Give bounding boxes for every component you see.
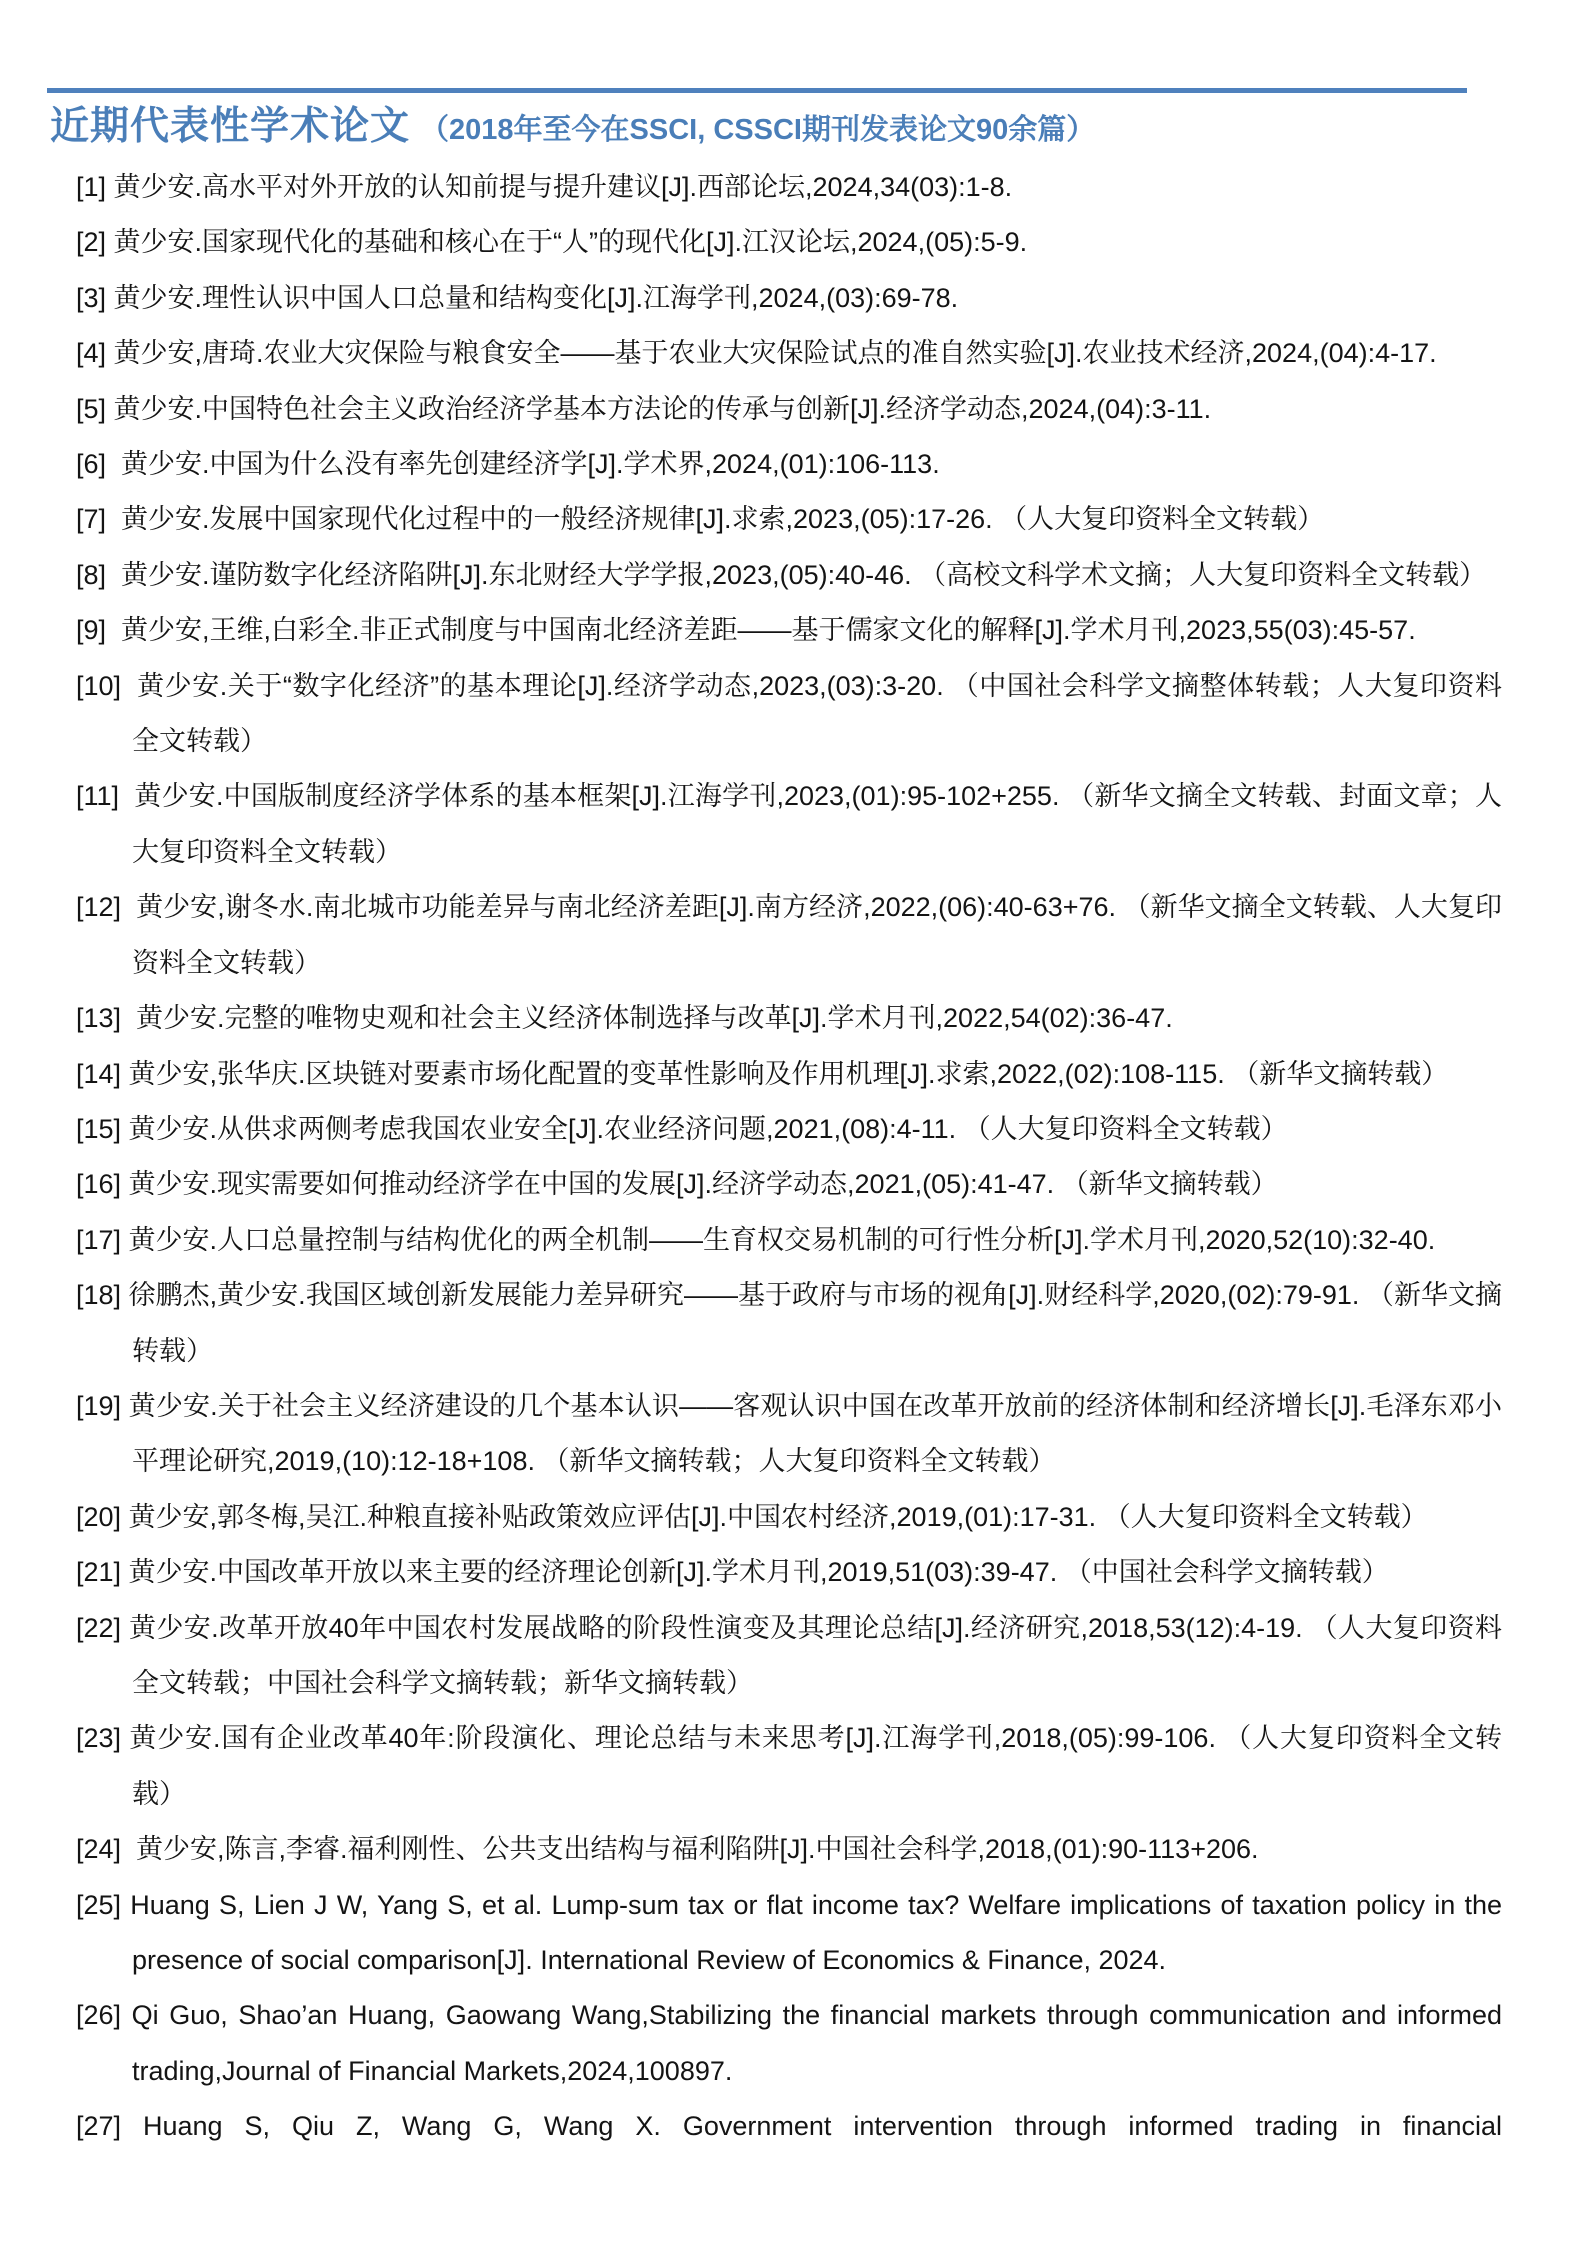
reference-item-25: [25] Huang S, Lien J W, Yang S, et al. L…: [76, 1878, 1502, 1989]
reference-item-11: [11] 黄少安.中国版制度经济学体系的基本框架[J].江海学刊,2023,(0…: [76, 769, 1502, 880]
reference-item-4: [4] 黄少安,唐琦.农业大灾保险与粮食安全——基于农业大灾保险试点的准自然实验…: [76, 326, 1502, 381]
reference-item-20: [20] 黄少安,郭冬梅,吴江.种粮直接补贴政策效应评估[J].中国农村经济,2…: [76, 1490, 1502, 1545]
reference-item-5: [5] 黄少安.中国特色社会主义政治经济学基本方法论的传承与创新[J].经济学动…: [76, 382, 1502, 437]
reference-list: [1] 黄少安.高水平对外开放的认知前提与提升建议[J].西部论坛,2024,3…: [76, 160, 1502, 2155]
reference-item-1: [1] 黄少安.高水平对外开放的认知前提与提升建议[J].西部论坛,2024,3…: [76, 160, 1502, 215]
reference-item-22: [22] 黄少安.改革开放40年中国农村发展战略的阶段性演变及其理论总结[J].…: [76, 1601, 1502, 1712]
reference-item-9: [9] 黄少安,王维,白彩全.非正式制度与中国南北经济差距——基于儒家文化的解释…: [76, 603, 1502, 658]
reference-item-3: [3] 黄少安.理性认识中国人口总量和结构变化[J].江海学刊,2024,(03…: [76, 271, 1502, 326]
reference-item-24: [24] 黄少安,陈言,李睿.福利刚性、公共支出结构与福利陷阱[J].中国社会科…: [76, 1822, 1502, 1877]
reference-item-14: [14] 黄少安,张华庆.区块链对要素市场化配置的变革性影响及作用机理[J].求…: [76, 1047, 1502, 1102]
reference-item-10: [10] 黄少安.关于“数字化经济”的基本理论[J].经济学动态,2023,(0…: [76, 659, 1502, 770]
reference-item-23: [23] 黄少安.国有企业改革40年:阶段演化、理论总结与未来思考[J].江海学…: [76, 1711, 1502, 1822]
reference-item-17: [17] 黄少安.人口总量控制与结构优化的两全机制——生育权交易机制的可行性分析…: [76, 1213, 1502, 1268]
reference-item-16: [16] 黄少安.现实需要如何推动经济学在中国的发展[J].经济学动态,2021…: [76, 1157, 1502, 1212]
reference-item-6: [6] 黄少安.中国为什么没有率先创建经济学[J].学术界,2024,(01):…: [76, 437, 1502, 492]
reference-item-21: [21] 黄少安.中国改革开放以来主要的经济理论创新[J].学术月刊,2019,…: [76, 1545, 1502, 1600]
reference-item-2: [2] 黄少安.国家现代化的基础和核心在于“人”的现代化[J].江汉论坛,202…: [76, 215, 1502, 270]
reference-item-15: [15] 黄少安.从供求两侧考虑我国农业安全[J].农业经济问题,2021,(0…: [76, 1102, 1502, 1157]
reference-item-8: [8] 黄少安.谨防数字化经济陷阱[J].东北财经大学学报,2023,(05):…: [76, 548, 1502, 603]
header-rule: [47, 88, 1467, 93]
reference-item-7: [7] 黄少安.发展中国家现代化过程中的一般经济规律[J].求索,2023,(0…: [76, 492, 1502, 547]
page-subtitle: （2018年至今在SSCI, CSSCI期刊发表论文90余篇）: [420, 114, 1095, 146]
reference-item-12: [12] 黄少安,谢冬水.南北城市功能差异与南北经济差距[J].南方经济,202…: [76, 880, 1502, 991]
page-title: 近期代表性学术论文: [50, 105, 410, 148]
reference-item-27: [27] Huang S, Qiu Z, Wang G, Wang X. Gov…: [76, 2099, 1502, 2154]
reference-item-26: [26] Qi Guo, Shao’an Huang, Gaowang Wang…: [76, 1988, 1502, 2099]
page-header: 近期代表性学术论文（2018年至今在SSCI, CSSCI期刊发表论文90余篇）: [50, 98, 1550, 164]
reference-item-19: [19] 黄少安.关于社会主义经济建设的几个基本认识——客观认识中国在改革开放前…: [76, 1379, 1502, 1490]
reference-item-18: [18] 徐鹏杰,黄少安.我国区域创新发展能力差异研究——基于政府与市场的视角[…: [76, 1268, 1502, 1379]
document-page: 近期代表性学术论文（2018年至今在SSCI, CSSCI期刊发表论文90余篇）…: [0, 0, 1586, 2245]
reference-item-13: [13] 黄少安.完整的唯物史观和社会主义经济体制选择与改革[J].学术月刊,2…: [76, 991, 1502, 1046]
